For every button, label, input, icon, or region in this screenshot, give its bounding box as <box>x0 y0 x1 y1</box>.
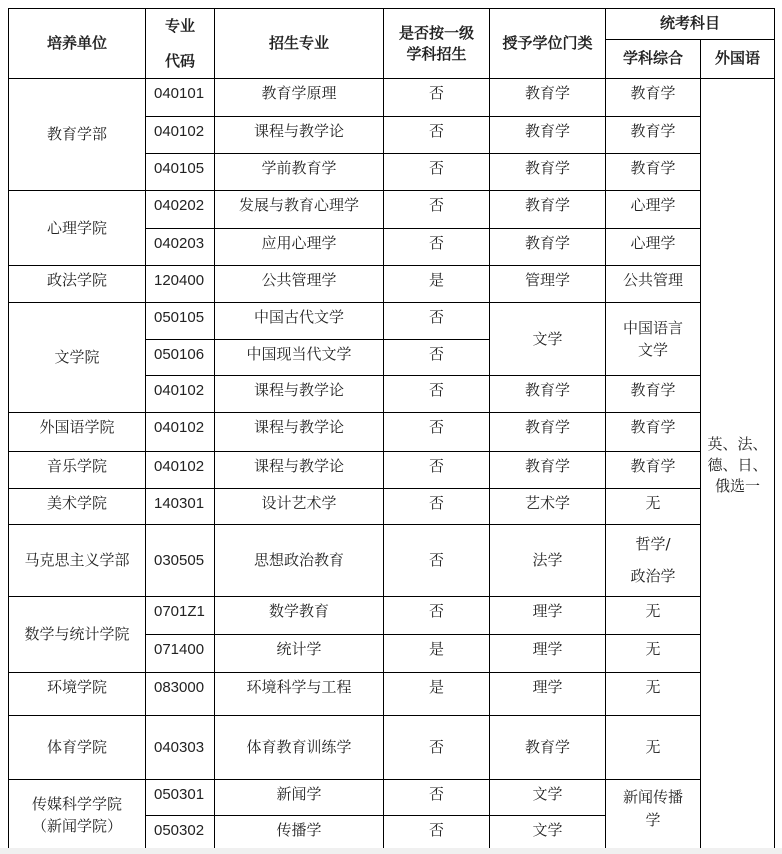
first-level-cell: 是 <box>384 673 490 716</box>
first-level-cell: 否 <box>384 780 490 816</box>
first-level-cell: 否 <box>384 413 490 452</box>
table-row: 体育学院 040303 体育教育训练学 否 教育学 无 <box>9 716 775 780</box>
subject-cell: 教育学 <box>606 413 701 452</box>
table-row: 心理学院 040202 发展与教育心理学 否 教育学 心理学 <box>9 191 775 229</box>
unit-cell: 马克思主义学部 <box>9 525 146 597</box>
major-cell: 体育教育训练学 <box>215 716 384 780</box>
degree-cell: 文学 <box>490 780 606 816</box>
first-level-cell: 否 <box>384 79 490 117</box>
unit-cell: 政法学院 <box>9 266 146 303</box>
major-cell: 中国古代文学 <box>215 303 384 340</box>
header-major: 招生专业 <box>215 9 384 79</box>
header-unit: 培养单位 <box>9 9 146 79</box>
subject-cell: 公共管理 <box>606 266 701 303</box>
subject-cell: 无 <box>606 673 701 716</box>
unit-cell: 环境学院 <box>9 673 146 716</box>
degree-cell: 教育学 <box>490 413 606 452</box>
header-degree: 授予学位门类 <box>490 9 606 79</box>
code-cell: 040102 <box>146 376 215 413</box>
unit-cell: 传媒科学学院（新闻学院） <box>9 780 146 852</box>
code-cell: 050106 <box>146 340 215 376</box>
degree-cell: 教育学 <box>490 191 606 229</box>
major-cell: 发展与教育心理学 <box>215 191 384 229</box>
degree-cell: 教育学 <box>490 154 606 191</box>
first-level-cell: 否 <box>384 716 490 780</box>
major-cell: 新闻学 <box>215 780 384 816</box>
code-cell: 040102 <box>146 117 215 154</box>
first-level-cell: 否 <box>384 303 490 340</box>
header-exam-foreign: 外国语 <box>701 39 775 78</box>
major-cell: 统计学 <box>215 635 384 673</box>
degree-cell: 教育学 <box>490 117 606 154</box>
subject-cell: 中国语言文学 <box>606 303 701 376</box>
code-cell: 0701Z1 <box>146 597 215 635</box>
table-row: 音乐学院 040102 课程与教学论 否 教育学 教育学 <box>9 452 775 489</box>
header-code: 专业代码 <box>146 9 215 79</box>
first-level-cell: 否 <box>384 117 490 154</box>
first-level-cell: 否 <box>384 597 490 635</box>
table-row: 数学与统计学院 0701Z1 数学教育 否 理学 无 <box>9 597 775 635</box>
subject-cell: 心理学 <box>606 229 701 266</box>
major-cell: 学前教育学 <box>215 154 384 191</box>
code-cell: 120400 <box>146 266 215 303</box>
subject-cell: 哲学/政治学 <box>606 525 701 597</box>
code-cell: 140301 <box>146 489 215 525</box>
first-level-cell: 否 <box>384 816 490 852</box>
degree-cell: 教育学 <box>490 452 606 489</box>
unit-cell: 教育学部 <box>9 79 146 191</box>
first-level-cell: 否 <box>384 229 490 266</box>
unit-cell: 体育学院 <box>9 716 146 780</box>
code-cell: 040303 <box>146 716 215 780</box>
code-cell: 030505 <box>146 525 215 597</box>
subject-cell: 教育学 <box>606 154 701 191</box>
major-cell: 思想政治教育 <box>215 525 384 597</box>
degree-cell: 艺术学 <box>490 489 606 525</box>
unit-cell: 音乐学院 <box>9 452 146 489</box>
degree-cell: 理学 <box>490 635 606 673</box>
first-level-cell: 否 <box>384 376 490 413</box>
table-row: 政法学院 120400 公共管理学 是 管理学 公共管理 <box>9 266 775 303</box>
degree-cell: 文学 <box>490 303 606 376</box>
code-cell: 071400 <box>146 635 215 673</box>
code-cell: 040102 <box>146 452 215 489</box>
unit-cell: 美术学院 <box>9 489 146 525</box>
major-cell: 教育学原理 <box>215 79 384 117</box>
header-first-level: 是否按一级学科招生 <box>384 9 490 79</box>
code-cell: 040105 <box>146 154 215 191</box>
major-cell: 课程与教学论 <box>215 452 384 489</box>
table-row: 文学院 050105 中国古代文学 否 文学 中国语言文学 <box>9 303 775 340</box>
header-exam-subject: 学科综合 <box>606 39 701 78</box>
code-cell: 040102 <box>146 413 215 452</box>
subject-cell: 无 <box>606 597 701 635</box>
subject-cell: 心理学 <box>606 191 701 229</box>
subject-cell: 无 <box>606 716 701 780</box>
degree-cell: 理学 <box>490 673 606 716</box>
subject-cell: 新闻传播学 <box>606 780 701 852</box>
foreign-language-cell: 英、法、德、日、俄选一 <box>701 79 775 852</box>
degree-cell: 教育学 <box>490 79 606 117</box>
subject-cell: 教育学 <box>606 79 701 117</box>
first-level-cell: 否 <box>384 525 490 597</box>
subject-cell: 无 <box>606 489 701 525</box>
code-cell: 050302 <box>146 816 215 852</box>
major-cell: 中国现当代文学 <box>215 340 384 376</box>
code-cell: 040203 <box>146 229 215 266</box>
code-cell: 040202 <box>146 191 215 229</box>
first-level-cell: 是 <box>384 266 490 303</box>
table-row: 教育学部 040101 教育学原理 否 教育学 教育学 英、法、德、日、俄选一 <box>9 79 775 117</box>
major-cell: 数学教育 <box>215 597 384 635</box>
degree-cell: 教育学 <box>490 229 606 266</box>
degree-cell: 理学 <box>490 597 606 635</box>
degree-cell: 管理学 <box>490 266 606 303</box>
header-exam-group: 统考科目 <box>606 9 775 40</box>
subject-cell: 教育学 <box>606 117 701 154</box>
major-cell: 课程与教学论 <box>215 413 384 452</box>
degree-cell: 法学 <box>490 525 606 597</box>
unit-cell: 外国语学院 <box>9 413 146 452</box>
first-level-cell: 否 <box>384 489 490 525</box>
degree-cell: 教育学 <box>490 716 606 780</box>
admissions-table: 培养单位 专业代码 招生专业 是否按一级学科招生 授予学位门类 统考科目 学科综… <box>8 8 775 852</box>
major-cell: 课程与教学论 <box>215 376 384 413</box>
table-row: 美术学院 140301 设计艺术学 否 艺术学 无 <box>9 489 775 525</box>
first-level-cell: 否 <box>384 340 490 376</box>
code-cell: 050105 <box>146 303 215 340</box>
table-row: 传媒科学学院（新闻学院） 050301 新闻学 否 文学 新闻传播学 <box>9 780 775 816</box>
major-cell: 传播学 <box>215 816 384 852</box>
unit-cell: 文学院 <box>9 303 146 413</box>
first-level-cell: 否 <box>384 154 490 191</box>
code-cell: 050301 <box>146 780 215 816</box>
first-level-cell: 否 <box>384 191 490 229</box>
major-cell: 设计艺术学 <box>215 489 384 525</box>
page-bottom-margin <box>0 848 782 854</box>
major-cell: 课程与教学论 <box>215 117 384 154</box>
unit-cell: 数学与统计学院 <box>9 597 146 673</box>
subject-cell: 教育学 <box>606 376 701 413</box>
degree-cell: 教育学 <box>490 376 606 413</box>
first-level-cell: 是 <box>384 635 490 673</box>
major-cell: 公共管理学 <box>215 266 384 303</box>
subject-cell: 教育学 <box>606 452 701 489</box>
code-cell: 083000 <box>146 673 215 716</box>
code-cell: 040101 <box>146 79 215 117</box>
table-row: 外国语学院 040102 课程与教学论 否 教育学 教育学 <box>9 413 775 452</box>
degree-cell: 文学 <box>490 816 606 852</box>
table-row: 环境学院 083000 环境科学与工程 是 理学 无 <box>9 673 775 716</box>
subject-cell: 无 <box>606 635 701 673</box>
first-level-cell: 否 <box>384 452 490 489</box>
table-row: 马克思主义学部 030505 思想政治教育 否 法学 哲学/政治学 <box>9 525 775 597</box>
major-cell: 应用心理学 <box>215 229 384 266</box>
major-cell: 环境科学与工程 <box>215 673 384 716</box>
unit-cell: 心理学院 <box>9 191 146 266</box>
